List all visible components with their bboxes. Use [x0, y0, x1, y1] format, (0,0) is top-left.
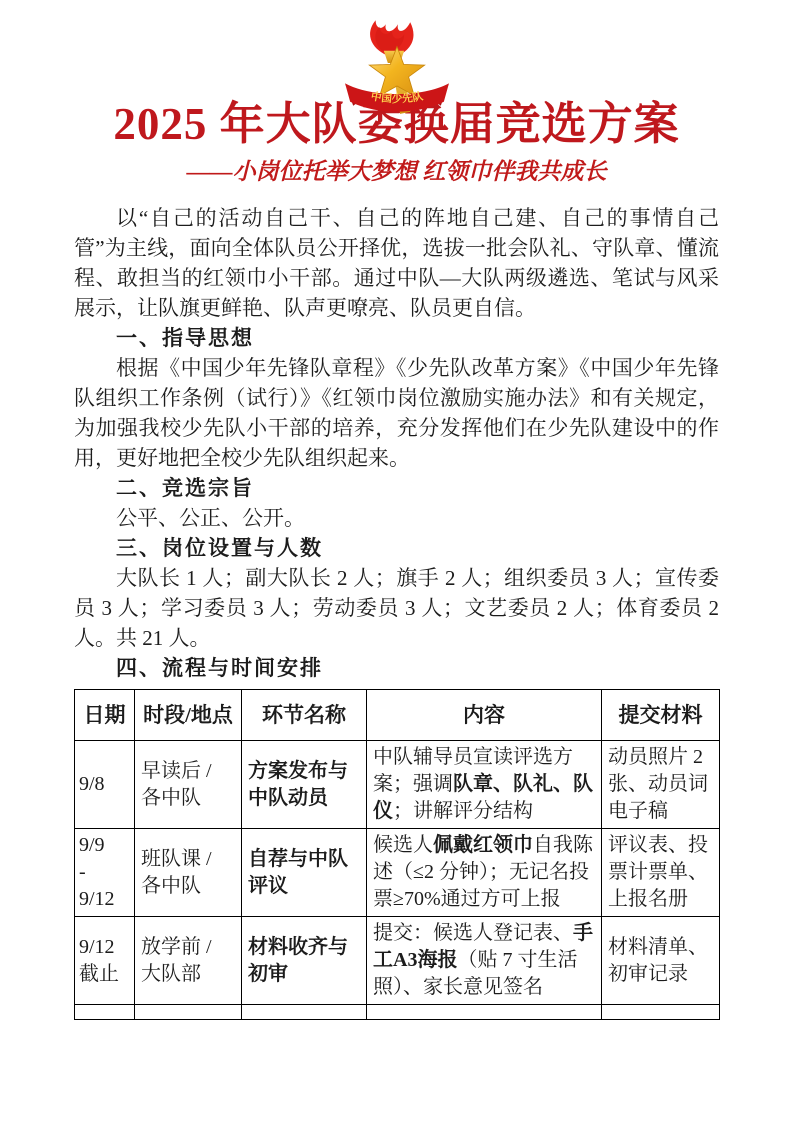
table-header-row: 日期时段/地点环节名称内容提交材料 — [75, 690, 720, 741]
cell-content: 中队辅导员宣读评选方案；强调队章、队礼、队仪；讲解评分结构 — [367, 741, 602, 829]
cell-stage: 方案发布与中队动员 — [242, 741, 367, 829]
table-header-cell: 环节名称 — [242, 690, 367, 741]
section-heading-2: 二、竞选宗旨 — [74, 473, 719, 503]
cell-content: 提交：候选人登记表、手工A3海报（贴 7 寸生活照）、家长意见签名 — [367, 917, 602, 1005]
table-row: 9/9 - 9/12班队课 / 各中队自荐与中队评议候选人佩戴红领巾自我陈述（≤… — [75, 829, 720, 917]
table-row: 9/12 截止放学前 / 大队部材料收齐与初审提交：候选人登记表、手工A3海报（… — [75, 917, 720, 1005]
section-3-paragraph: 大队长 1 人；副大队长 2 人；旗手 2 人；组织委员 3 人；宣传委员 3 … — [74, 563, 719, 653]
cell-stage: 候选人一次公 — [242, 1005, 367, 1021]
section-1-paragraph: 根据《中国少年先锋队章程》《少先队改革方案》《中国少年先锋队组织工作条例（试行）… — [74, 353, 719, 473]
section-2-paragraph: 公平、公正、公开。 — [74, 503, 719, 533]
cell-materials: 动员照片 2 张、动员词电子稿 — [602, 741, 720, 829]
intro-paragraph: 以“自己的活动自己干、自己的阵地自己建、自己的事情自己管”为主线，面向全体队员公… — [74, 203, 719, 323]
table-row: 9/13公示栏/公众候选人一次公统一版式“红领巾风采墙”；公示截图、异 — [75, 1005, 720, 1021]
section-heading-3: 三、岗位设置与人数 — [74, 533, 719, 563]
cell-materials: 评议表、投票计票单、上报名册 — [602, 829, 720, 917]
cell-stage: 材料收齐与初审 — [242, 917, 367, 1005]
cell-stage: 自荐与中队评议 — [242, 829, 367, 917]
table-header-cell: 内容 — [367, 690, 602, 741]
section-heading-4: 四、流程与时间安排 — [74, 653, 719, 683]
cell-place: 班队课 / 各中队 — [135, 829, 242, 917]
torch-flame-icon — [370, 20, 413, 55]
content-text: 提交：候选人登记表、 — [373, 922, 573, 944]
page-subtitle: ——小岗位托举大梦想 红领巾伴我共成长 — [0, 157, 793, 187]
cell-materials: 公示截图、异 — [602, 1005, 720, 1021]
section-heading-1: 一、指导思想 — [74, 323, 719, 353]
content-text: 候选人 — [373, 834, 433, 856]
schedule-table: 日期时段/地点环节名称内容提交材料9/8早读后 / 各中队方案发布与中队动员中队… — [74, 689, 720, 1020]
cell-place: 公示栏/公众 — [135, 1005, 242, 1021]
cell-content: 候选人佩戴红领巾自我陈述（≤2 分钟）；无记名投票≥70%通过方可上报 — [367, 829, 602, 917]
content-text: ；讲解评分结构 — [393, 800, 533, 822]
schedule-table-clip: 日期时段/地点环节名称内容提交材料9/8早读后 / 各中队方案发布与中队动员中队… — [74, 689, 720, 1020]
table-header-cell: 日期 — [75, 690, 135, 741]
table-header-cell: 提交材料 — [602, 690, 720, 741]
document-page: 中国少先队 2025 年大队委换届竞选方案 ——小岗位托举大梦想 红领巾伴我共成… — [0, 0, 793, 1122]
cell-date: 9/13 — [75, 1005, 135, 1021]
young-pioneers-logo: 中国少先队 — [341, 10, 453, 116]
cell-materials: 材料清单、初审记录 — [602, 917, 720, 1005]
cell-content: 统一版式“红领巾风采墙”； — [367, 1005, 602, 1021]
table-row: 9/8早读后 / 各中队方案发布与中队动员中队辅导员宣读评选方案；强调队章、队礼… — [75, 741, 720, 829]
cell-place: 放学前 / 大队部 — [135, 917, 242, 1005]
cell-date: 9/12 截止 — [75, 917, 135, 1005]
content-bold-text: 佩戴红领巾 — [433, 834, 533, 856]
cell-place: 早读后 / 各中队 — [135, 741, 242, 829]
cell-date: 9/9 - 9/12 — [75, 829, 135, 917]
document-body: 以“自己的活动自己干、自己的阵地自己建、自己的事情自己管”为主线，面向全体队员公… — [74, 203, 719, 683]
table-header-cell: 时段/地点 — [135, 690, 242, 741]
cell-date: 9/8 — [75, 741, 135, 829]
